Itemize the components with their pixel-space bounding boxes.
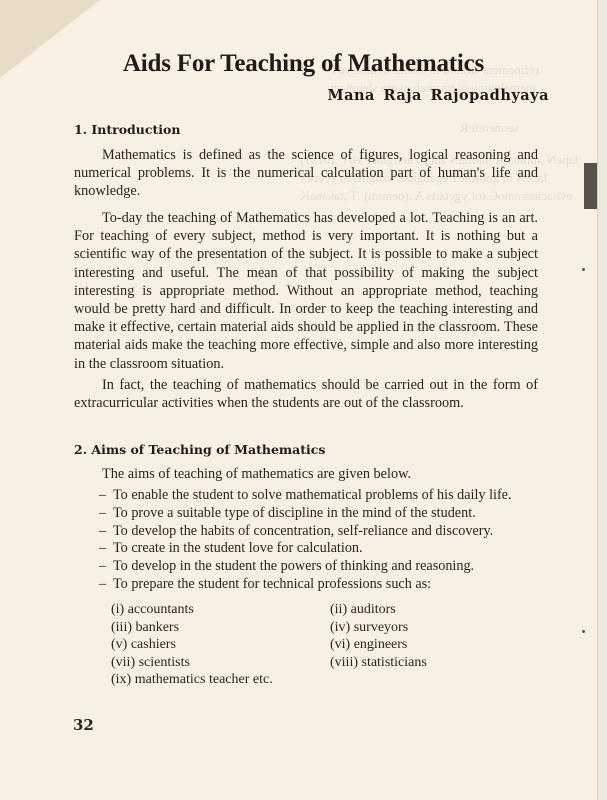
dash-bullet-icon: – [99, 487, 113, 505]
list-item: –To prepare the student for technical pr… [99, 576, 512, 594]
paragraph-intro-2: To-day the teaching of Mathematics has d… [74, 209, 538, 373]
profession-item: (ii) auditors [330, 601, 396, 619]
professions-row: (iii) bankers (iv) surveyors [111, 619, 471, 637]
section-heading-aims: 2. Aims of Teaching of Mathematics [74, 442, 325, 457]
dash-bullet-icon: – [99, 558, 113, 576]
profession-item: (iii) bankers [111, 619, 179, 637]
list-item: –To enable the student to solve mathemat… [99, 487, 512, 505]
dash-bullet-icon: – [99, 523, 113, 541]
list-item: –To develop in the student the powers of… [99, 558, 512, 576]
list-item: –To develop the habits of concentration,… [99, 523, 512, 541]
profession-item: (ix) mathematics teacher etc. [111, 671, 273, 689]
professions-row: (ix) mathematics teacher etc. [111, 671, 471, 689]
dash-bullet-icon: – [99, 576, 113, 594]
professions-row: (vii) scientists (viii) statisticians [111, 654, 471, 672]
professions-row: (i) accountants (ii) auditors [111, 601, 471, 619]
scan-artifact [584, 163, 598, 209]
aims-lead-text: The aims of teaching of mathematics are … [102, 466, 411, 483]
article-title: Aids For Teaching of Mathematics [0, 50, 607, 78]
article-author: Mana Raja Rajopadhyaya [328, 87, 549, 104]
dash-bullet-icon: – [99, 540, 113, 558]
speck [582, 268, 585, 271]
professions-row: (v) cashiers (vi) engineers [111, 636, 471, 654]
profession-item: (iv) surveyors [330, 619, 408, 637]
profession-item: (vii) scientists [111, 654, 190, 672]
speck [582, 630, 585, 633]
profession-item: (vi) engineers [330, 636, 407, 654]
document-page: refinement sirmon fo stoms. Tedioz ydT t… [0, 0, 597, 800]
aims-list: –To enable the student to solve mathemat… [99, 487, 512, 594]
paragraph-intro-3: In fact, the teaching of mathematics sho… [74, 376, 538, 412]
profession-item: (v) cashiers [111, 636, 176, 654]
profession-item: (viii) statisticians [330, 654, 427, 672]
paragraph-intro-1: Mathematics is defined as the science of… [74, 146, 538, 201]
page-edge [597, 0, 607, 800]
list-item: –To prove a suitable type of discipline … [99, 505, 512, 523]
list-item: –To create in the student love for calcu… [99, 540, 512, 558]
page-number: 32 [73, 716, 94, 734]
professions-list: (i) accountants (ii) auditors (iii) bank… [111, 601, 471, 689]
section-heading-introduction: 1. Introduction [74, 122, 180, 137]
profession-item: (i) accountants [111, 601, 194, 619]
bleed-through-text: seonerefeR [460, 120, 518, 136]
dash-bullet-icon: – [99, 505, 113, 523]
